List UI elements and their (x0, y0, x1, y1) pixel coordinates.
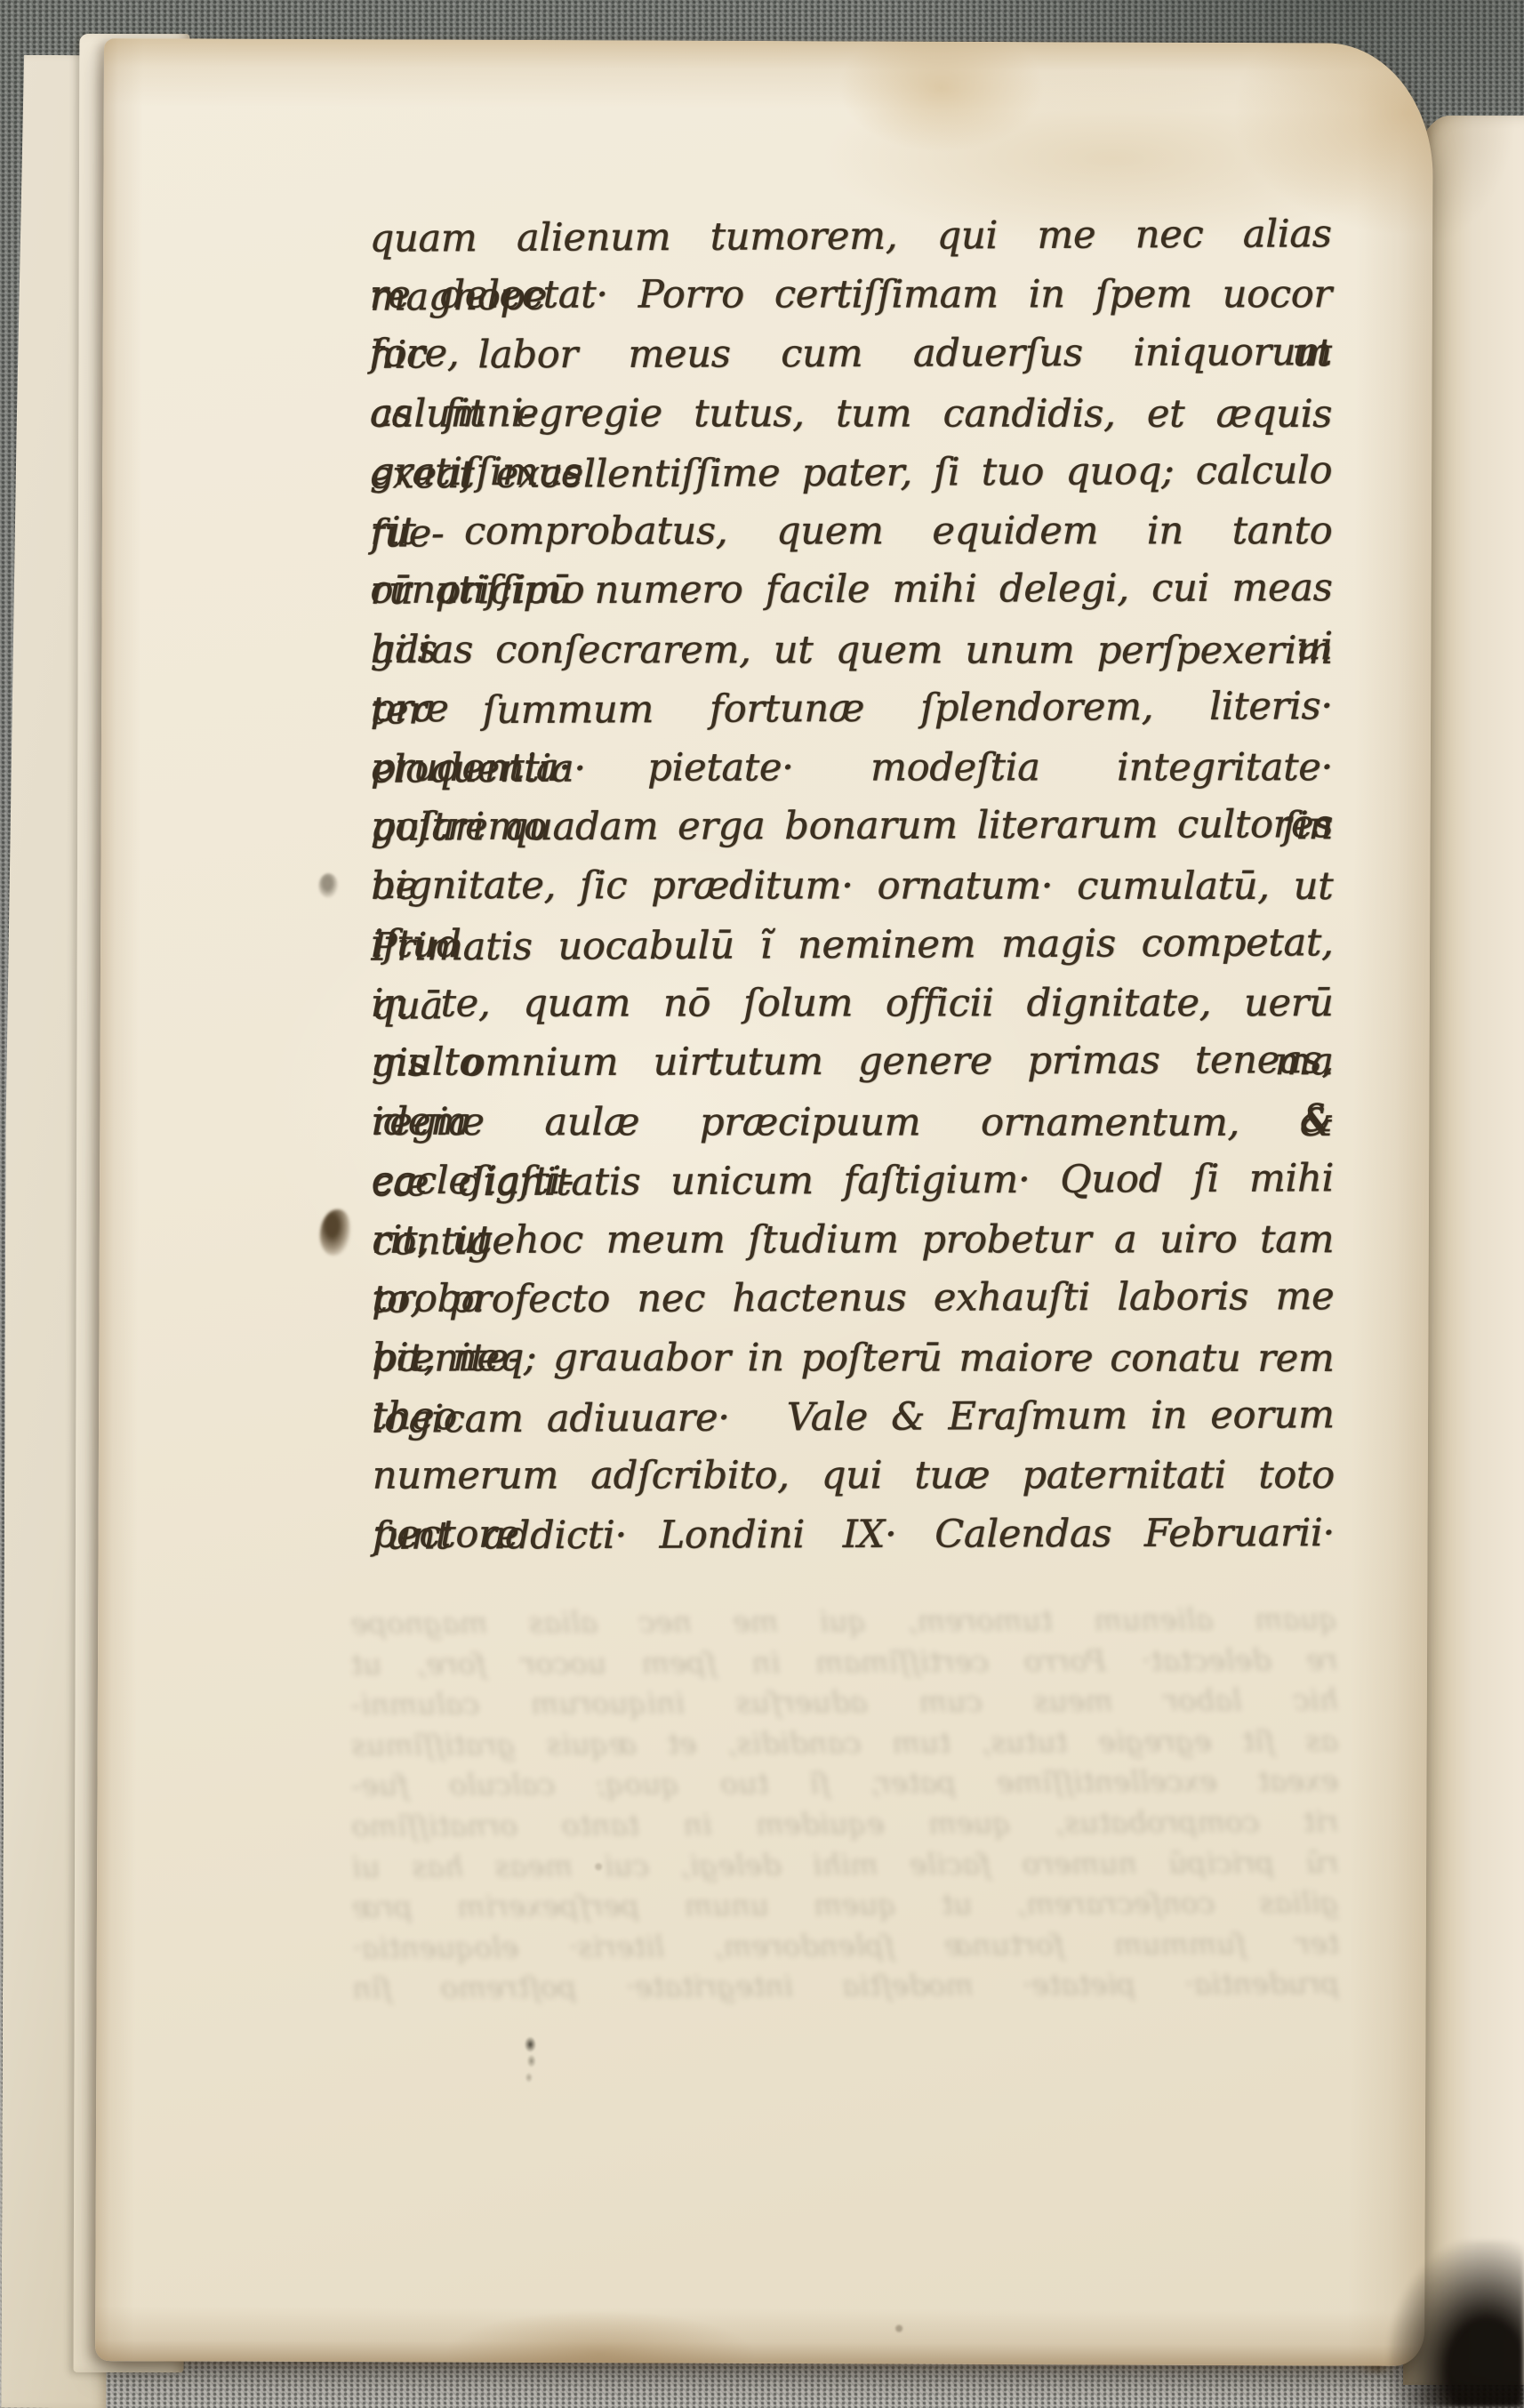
ghost-text-line: quam alienum tumorem, qui me nec alias m… (350, 1599, 1337, 1644)
text-line: re delectat· Porro certiſſimam in ſpem u… (370, 265, 1332, 325)
ghost-text-line: gilias conſecrarem, ut quem unum perſpex… (352, 1882, 1339, 1928)
text-line: rit, ut hoc meum ſtudium probetur a uiro… (372, 1210, 1334, 1270)
text-line: in te, quam nō ſolum officii dignitate, … (372, 974, 1334, 1033)
text-line: regiæ aulæ præcipuum ornamentum, & eccle… (372, 1093, 1334, 1152)
text-line: gilias conſecrarem, ut quem unum perſpex… (371, 621, 1333, 680)
text-line: exeat excellentiſſime pater, ſi tuo quoq… (370, 441, 1332, 505)
ink-smudge-blob (320, 1209, 350, 1256)
ghost-text-line: exeat excellentiſſime pater, ſi tuo quoq… (351, 1761, 1338, 1806)
text-line: hic labor meus cum aduerſus iniquorum ca… (370, 323, 1332, 385)
text-line: logicam adiuuare· Vale & Eraſmum in eoru… (373, 1385, 1335, 1449)
text-line: rit comprobatus, quem equidem in tanto o… (370, 502, 1332, 561)
ghost-text-line: hic labor meus cum aduerſus iniquorum ca… (351, 1680, 1338, 1725)
text-line: ter ſummum fortunæ ſplendorem, literis· … (371, 677, 1333, 741)
text-line: Primatis uocabulū ĩ neminem magis compet… (371, 913, 1333, 977)
photo-of-book-page: quam alienum tumorem, qui me nec alias m… (0, 0, 1524, 2408)
text-line: bit, neq; grauabor in poſterū maiore con… (373, 1328, 1335, 1388)
printed-text-block: quam alienum tumorem, qui me nec alias m… (370, 205, 1335, 1565)
bottom-right-shadow (1389, 2241, 1524, 2408)
show-through-text: quam alienum tumorem, qui me nec alias m… (350, 1599, 1339, 2009)
ghost-text-line: rū pricipū numero facile mihi delegi, cu… (352, 1842, 1339, 1887)
text-line: as ſit egregie tutus, tum candidis, et æ… (370, 384, 1332, 444)
text-line: quam alienum tumorem, qui me nec alias m… (370, 205, 1332, 269)
text-line: cæ dignitatis unicum faſtigium· Quod ſi … (372, 1149, 1334, 1213)
paper-speck (895, 2325, 902, 2332)
text-line: gis omnium uirtutum genere primas teneas… (372, 1031, 1334, 1094)
ghost-text-line: as ſit egregie tutus, tum candidis, et æ… (351, 1720, 1338, 1765)
text-line: numerum adſcribito, qui tuæ paternitati … (373, 1446, 1335, 1505)
text-line: to, profecto nec hactenus exhauſti labor… (372, 1267, 1334, 1329)
text-line: ſunt addicti· Londini IX· Calendas Febru… (373, 1504, 1335, 1566)
text-line: prudentia· pietate· modeſtia integritate… (371, 738, 1333, 798)
text-line: nignitate, ſic præditum· ornatum· cumula… (371, 856, 1333, 916)
text-line: rū pricipū numero facile mihi delegi, cu… (371, 558, 1333, 621)
ghost-text-line: rit comprobatus, quem equidem in tanto o… (351, 1802, 1338, 1847)
book-page: quam alienum tumorem, qui me nec alias m… (95, 38, 1433, 2366)
text-line: gulari quadam erga bonarum literarum cul… (371, 795, 1333, 857)
paper-speck (595, 1863, 602, 1870)
ghost-text-line: re delectat· Porro certiſſimam in ſpem u… (351, 1639, 1338, 1684)
ink-mark (520, 2035, 538, 2090)
ink-smudge-dot (318, 873, 338, 898)
ghost-text-line: ter ſummum fortunæ ſplendorem, literis· … (352, 1922, 1339, 1968)
ghost-text-line: prudentia· pietate· modeſtia integritate… (352, 1963, 1339, 2009)
